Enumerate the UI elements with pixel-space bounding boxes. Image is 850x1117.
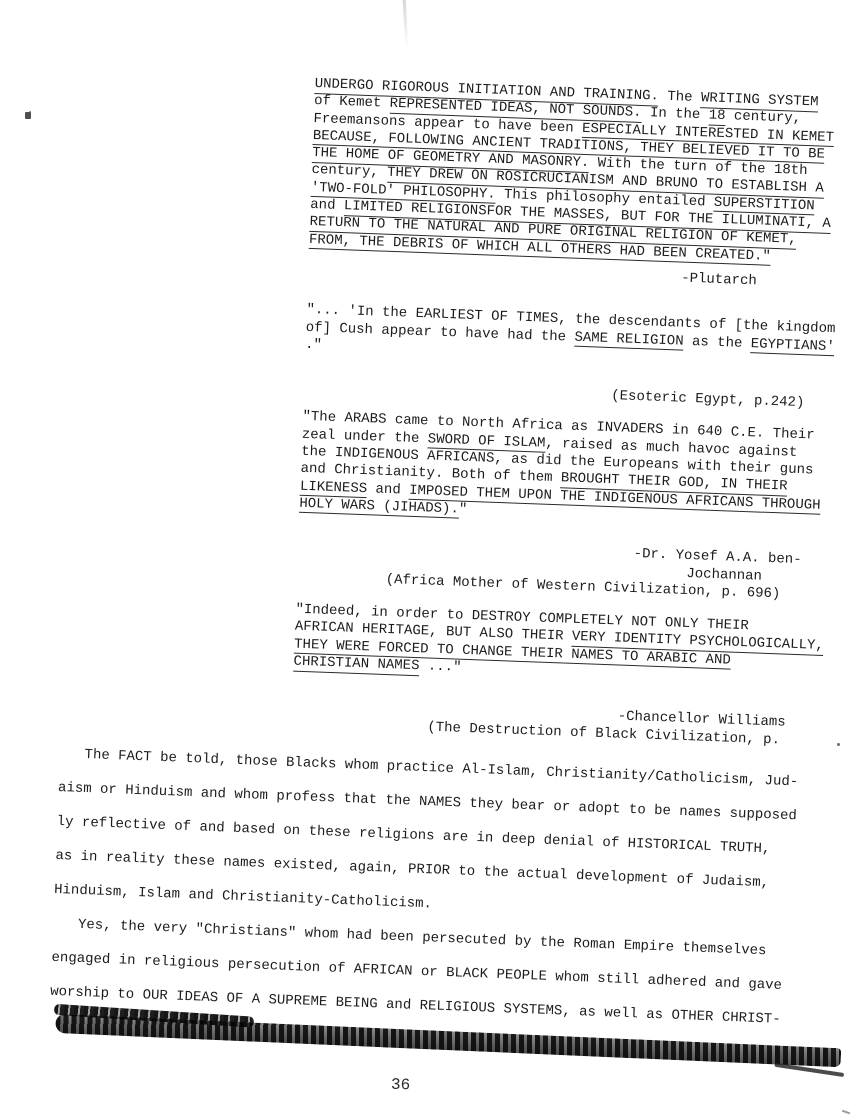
quote-block-names: "Indeed, in order to DESTROY COMPLETELY … xyxy=(293,602,819,690)
paragraph-fact-be-told: The FACT be told, those Blacks whom prac… xyxy=(53,737,850,937)
body-text: The FACT be told, those Blacks whom prac… xyxy=(50,737,850,1039)
scan-speck xyxy=(25,112,31,119)
quote-block-cush: "... 'In the EARLIEST OF TIMES, the desc… xyxy=(305,302,831,373)
source-esoteric-egypt: (Esoteric Egypt, p.242) xyxy=(303,377,827,413)
quote-block-kemet: UNDERGO RIGOROUS INITIATION AND TRAINING… xyxy=(309,76,839,268)
scanned-document-page: UNDERGO RIGOROUS INITIATION AND TRAINING… xyxy=(0,0,850,1117)
fold-crease-mark xyxy=(403,0,409,48)
page-number: 36 xyxy=(391,1076,411,1094)
scan-edge-mark xyxy=(842,1110,850,1115)
quote-block-arabs: "The ARABS came to North Africa as INVAD… xyxy=(299,409,826,532)
scan-dot xyxy=(837,743,840,746)
quotes-column: UNDERGO RIGOROUS INITIATION AND TRAINING… xyxy=(291,76,839,751)
